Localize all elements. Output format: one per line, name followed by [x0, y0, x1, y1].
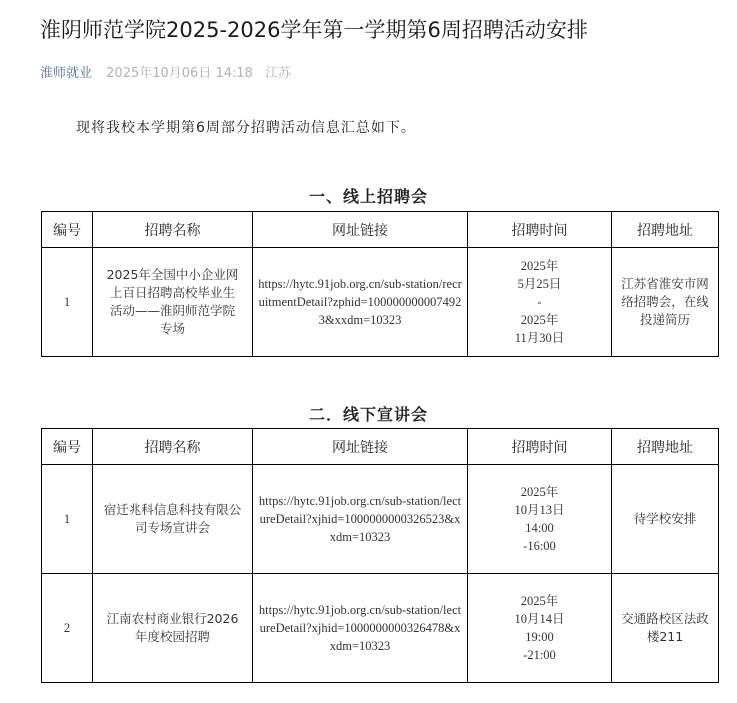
author-link[interactable]: 淮师就业	[40, 66, 92, 81]
table-row: 1 宿迁兆科信息科技有限公司专场宣讲会 https://hytc.91job.o…	[42, 465, 719, 574]
section-title-offline: 二．线下宣讲会	[0, 402, 737, 425]
time-line: 5月25日	[472, 275, 607, 293]
event-url-link[interactable]: https://hytc.91job.org.cn/sub-station/re…	[253, 248, 468, 357]
time-line: 2025年	[472, 311, 607, 329]
time-line: -16:00	[472, 537, 607, 555]
header-no: 编号	[42, 429, 93, 465]
table-row: 2 江南农村商业银行2026年度校园招聘 https://hytc.91job.…	[42, 574, 719, 683]
row-number: 2	[42, 574, 93, 683]
event-name: 2025年全国中小企业网上百日招聘高校毕业生活动——淮阴师范学院专场	[93, 248, 253, 357]
header-address: 招聘地址	[612, 212, 719, 248]
publish-location: 江苏	[265, 66, 291, 81]
event-name: 宿迁兆科信息科技有限公司专场宣讲会	[93, 465, 253, 574]
header-address: 招聘地址	[612, 429, 719, 465]
time-line: -	[472, 293, 607, 311]
offline-lecture-table: 编号 招聘名称 网址链接 招聘时间 招聘地址 1 宿迁兆科信息科技有限公司专场宣…	[41, 428, 719, 683]
event-time: 2025年 5月25日 - 2025年 11月30日	[468, 248, 612, 357]
time-line: 11月30日	[472, 329, 607, 347]
header-url: 网址链接	[253, 429, 468, 465]
header-url: 网址链接	[253, 212, 468, 248]
time-line: 10月14日	[472, 610, 607, 628]
online-fair-table: 编号 招聘名称 网址链接 招聘时间 招聘地址 1 2025年全国中小企业网上百日…	[41, 211, 719, 357]
table-header-row: 编号 招聘名称 网址链接 招聘时间 招聘地址	[42, 429, 719, 465]
event-url-link[interactable]: https://hytc.91job.org.cn/sub-station/le…	[253, 465, 468, 574]
table-header-row: 编号 招聘名称 网址链接 招聘时间 招聘地址	[42, 212, 719, 248]
article-meta: 淮师就业 2025年10月06日 14:18 江苏	[40, 62, 291, 81]
header-name: 招聘名称	[93, 429, 253, 465]
intro-paragraph: 现将我校本学期第6周部分招聘活动信息汇总如下。	[76, 117, 416, 137]
header-time: 招聘时间	[468, 212, 612, 248]
event-time: 2025年 10月13日 14:00 -16:00	[468, 465, 612, 574]
event-address: 江苏省淮安市网络招聘会，在线投递简历	[612, 248, 719, 357]
event-address: 交通路校区法政楼211	[612, 574, 719, 683]
event-time: 2025年 10月14日 19:00 -21:00	[468, 574, 612, 683]
section-title-online: 一、线上招聘会	[0, 184, 737, 207]
event-address: 待学校安排	[612, 465, 719, 574]
header-name: 招聘名称	[93, 212, 253, 248]
header-no: 编号	[42, 212, 93, 248]
row-number: 1	[42, 248, 93, 357]
article-title: 淮阴师范学院2025-2026学年第一学期第6周招聘活动安排	[40, 14, 588, 44]
time-line: 19:00	[472, 628, 607, 646]
time-line: -21:00	[472, 646, 607, 664]
publish-date: 2025年10月06日 14:18	[106, 66, 253, 81]
time-line: 14:00	[472, 519, 607, 537]
header-time: 招聘时间	[468, 429, 612, 465]
time-line: 10月13日	[472, 501, 607, 519]
time-line: 2025年	[472, 257, 607, 275]
event-url-link[interactable]: https://hytc.91job.org.cn/sub-station/le…	[253, 574, 468, 683]
table-row: 1 2025年全国中小企业网上百日招聘高校毕业生活动——淮阴师范学院专场 htt…	[42, 248, 719, 357]
row-number: 1	[42, 465, 93, 574]
time-line: 2025年	[472, 592, 607, 610]
event-name: 江南农村商业银行2026年度校园招聘	[93, 574, 253, 683]
time-line: 2025年	[472, 483, 607, 501]
